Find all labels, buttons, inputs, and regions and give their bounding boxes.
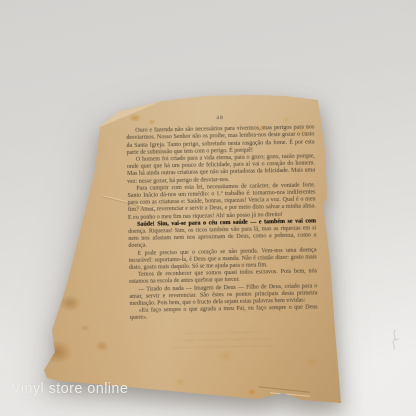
paragraph: Para cumprir com esta lei, necessitamos … — [127, 182, 316, 222]
booklet-page: 48 Ouro e fazenda não são necessários pa… — [40, 90, 352, 414]
verso-bleedthrough-text: —— ····· ——— ·· ———— ······· —— ·———·——·… — [142, 328, 304, 353]
paragraph: Ouro e fazenda não são necessários para … — [126, 125, 315, 157]
bottom-crease-line — [258, 386, 310, 392]
page-number: 48 — [126, 113, 314, 124]
bottom-crease-highlight — [270, 392, 310, 396]
photo-scene: 48 Ouro e fazenda não são necessários pa… — [0, 0, 416, 416]
body-paragraphs: Ouro e fazenda não são necessários para … — [126, 125, 318, 323]
paragraph: Saúde! Sim, vai-se para o céu com saúde … — [128, 218, 317, 250]
paragraph: O homem foi criado para a vida eterna, p… — [127, 153, 316, 185]
store-watermark: Vinyl store online — [11, 381, 128, 397]
paragraph: «Eu faço sempre o que agrada a meu Pai, … — [130, 305, 318, 323]
scribble-mark — [386, 328, 402, 354]
paper-shadow-wrap: 48 Ouro e fazenda não são necessários pa… — [0, 0, 416, 416]
fold-crease-line — [98, 75, 161, 102]
printed-text-block: 48 Ouro e fazenda não são necessários pa… — [126, 113, 318, 322]
